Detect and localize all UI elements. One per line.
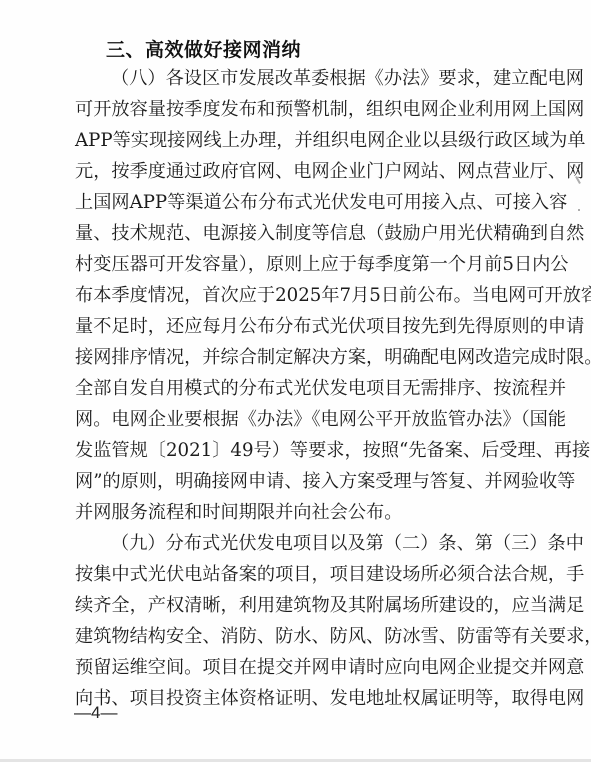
text-line: 建筑物结构安全、消防、防水、防风、防冰雪、防雷等有关要求，	[75, 625, 513, 649]
section-heading: 三、高效做好接网消纳	[106, 35, 301, 62]
text-line: 发监管规〔2021〕49号）等要求，按照“先备案、后受理、再接	[75, 439, 513, 463]
text-line: 续齐全，产权清晰，利用建筑物及其附属场所建设的，应当满足	[75, 594, 513, 618]
text-line: 网。电网企业要根据《办法》《电网公平开放监管办法》（国能	[75, 408, 513, 432]
page-number: —4—	[74, 703, 117, 723]
document-page: 三、高效做好接网消纳 （八）各设区市发展改革委根据《办法》要求，建立配电网 可开…	[0, 0, 591, 762]
text-line: 接网排序情况，并综合制定解决方案，明确配电网改造完成时限。	[75, 346, 513, 370]
text-line: 全部自发自用模式的分布式光伏发电项目无需排序、按流程并	[75, 377, 513, 401]
text-line: 向书、项目投资主体资格证明、发电地址权属证明等，取得电网	[75, 687, 513, 711]
text-line: （九）分布式光伏发电项目以及第（二）条、第（三）条中	[111, 532, 513, 556]
text-line: 上国网APP等渠道公布分布式光伏发电可用接入点、可接入容	[75, 191, 513, 215]
text-line: 并网服务流程和时间期限并向社会公布。	[75, 501, 513, 525]
text-line: 村变压器可开发容量），原则上应于每季度第一个月前5日内公	[75, 253, 513, 277]
text-line: 可开放容量按季度发布和预警机制，组织电网企业利用网上国网	[75, 98, 513, 122]
text-line: 按集中式光伏电站备案的项目，项目建设场所必须合法合规，手	[75, 563, 513, 587]
text-line: 布本季度情况，首次应于2025年7月5日前公布。当电网可开放容	[75, 284, 513, 308]
text-line: 元，按季度通过政府官网、电网企业门户网站、网点营业厅、网	[75, 160, 513, 184]
text-line: 网”的原则，明确接网申请、接入方案受理与答复、并网验收等	[75, 470, 513, 494]
text-line: （八）各设区市发展改革委根据《办法》要求，建立配电网	[111, 67, 513, 91]
text-line: 预留运维空间。项目在提交并网申请时应向电网企业提交并网意	[75, 656, 513, 680]
text-line: 量不足时，还应每月公布分布式光伏项目按先到先得原则的申请	[75, 315, 513, 339]
text-line: 量、技术规范、电源接入制度等信息（鼓励户用光伏精确到自然	[75, 222, 513, 246]
text-line: APP等实现接网线上办理，并组织电网企业以县级行政区域为单	[75, 129, 513, 153]
scan-artifact-dot	[578, 209, 580, 211]
